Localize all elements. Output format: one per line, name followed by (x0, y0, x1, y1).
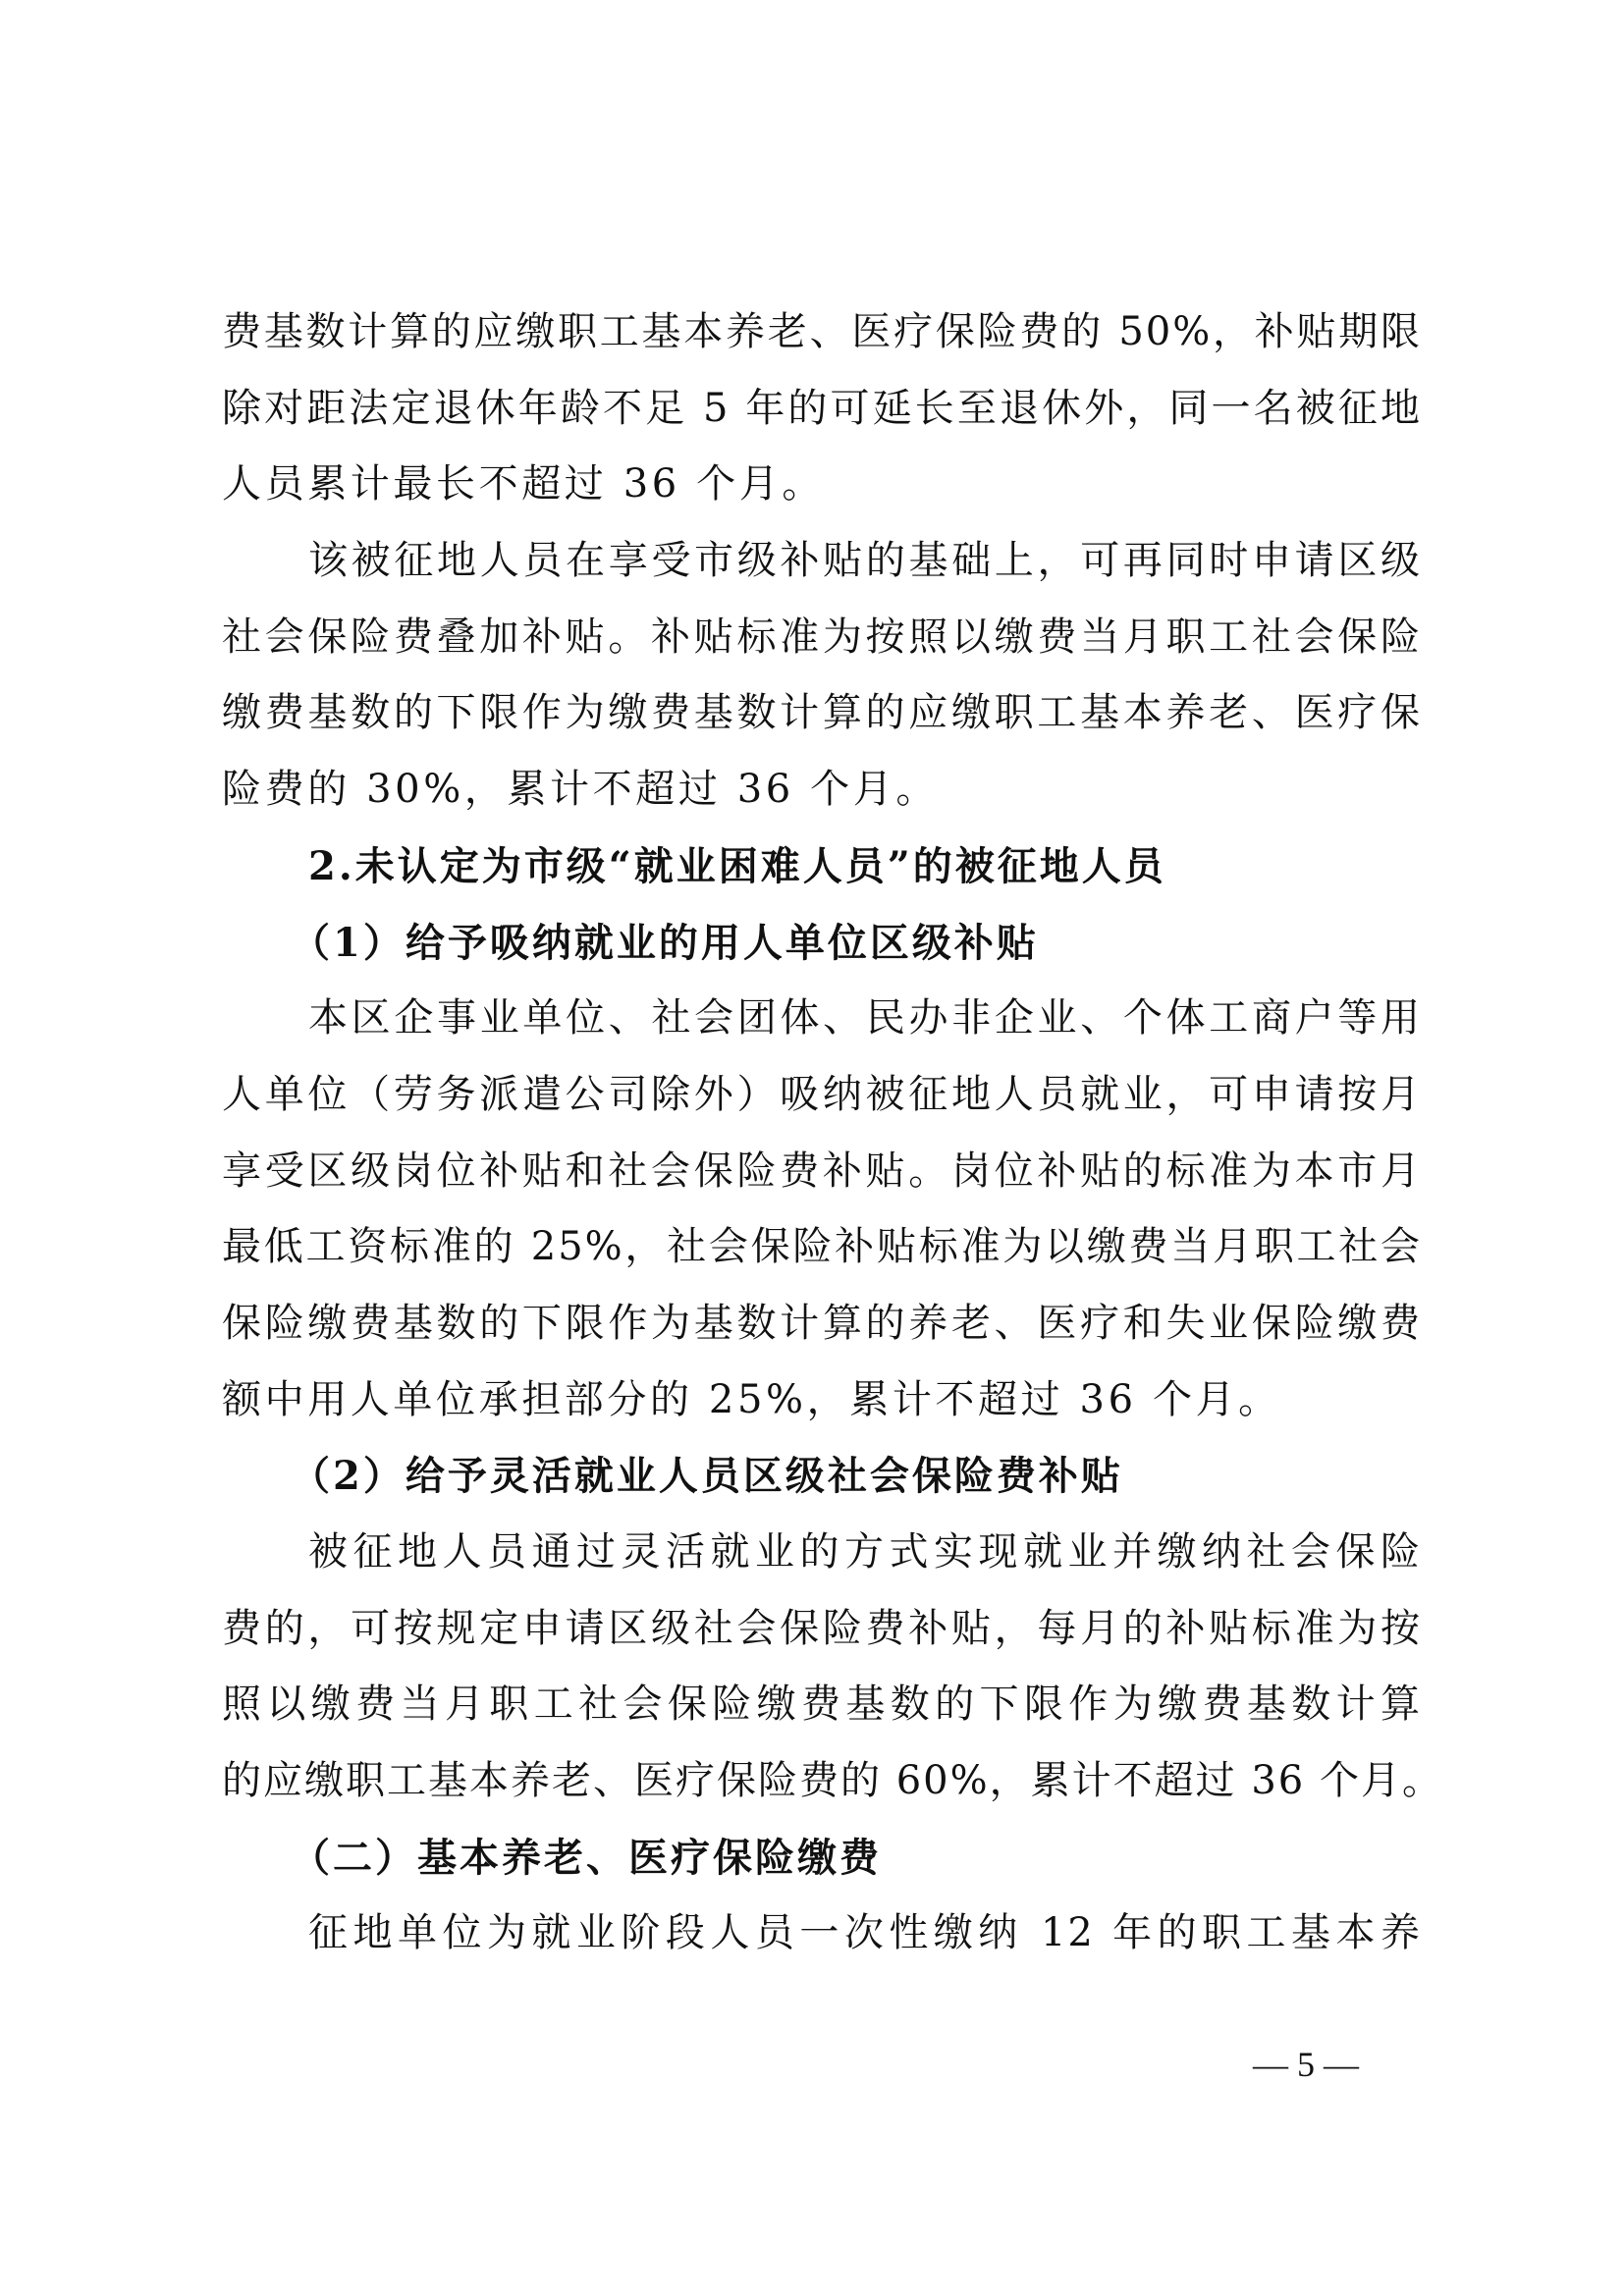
text-line: 除对距法定退休年龄不足 5 年的可延长至退休外，同一名被征地 (222, 371, 1422, 448)
text-line: 本区企事业单位、社会团体、民办非企业、个体工商户等用 (222, 981, 1422, 1057)
text-line: 缴费基数的下限作为缴费基数计算的应缴职工基本养老、医疗保 (222, 675, 1422, 752)
text-line: 费基数计算的应缴职工基本养老、医疗保险费的 50%，补贴期限 (222, 294, 1422, 371)
text-line: 征地单位为就业阶段人员一次性缴纳 12 年的职工基本养 (222, 1896, 1422, 1972)
section-heading: 2.未认定为市级“就业困难人员”的被征地人员 (222, 828, 1422, 905)
text-line: 人员累计最长不超过 36 个月。 (222, 447, 1422, 523)
text-line: 被征地人员通过灵活就业的方式实现就业并缴纳社会保险 (222, 1515, 1422, 1591)
text-line: 的应缴职工基本养老、医疗保险费的 60%，累计不超过 36 个月。 (222, 1743, 1422, 1820)
subsection-heading: （1）给予吸纳就业的用人单位区级补贴 (222, 905, 1422, 982)
text-line: 社会保险费叠加补贴。补贴标准为按照以缴费当月职工社会保险 (222, 600, 1422, 676)
text-line: 照以缴费当月职工社会保险缴费基数的下限作为缴费基数计算 (222, 1667, 1422, 1743)
text-line: 保险缴费基数的下限作为基数计算的养老、医疗和失业保险缴费 (222, 1286, 1422, 1362)
text-line: 最低工资标准的 25%，社会保险补贴标准为以缴费当月职工社会 (222, 1209, 1422, 1286)
section-heading: （二）基本养老、医疗保险缴费 (222, 1820, 1422, 1896)
document-page: 费基数计算的应缴职工基本养老、医疗保险费的 50%，补贴期限 除对距法定退休年龄… (0, 0, 1624, 2296)
text-line: 额中用人单位承担部分的 25%，累计不超过 36 个月。 (222, 1362, 1422, 1439)
subsection-heading: （2）给予灵活就业人员区级社会保险费补贴 (222, 1438, 1422, 1515)
text-line: 人单位（劳务派遣公司除外）吸纳被征地人员就业，可申请按月 (222, 1057, 1422, 1134)
text-line: 费的，可按规定申请区级社会保险费补贴，每月的补贴标准为按 (222, 1591, 1422, 1668)
text-line: 享受区级岗位补贴和社会保险费补贴。岗位补贴的标准为本市月 (222, 1134, 1422, 1210)
document-body: 费基数计算的应缴职工基本养老、医疗保险费的 50%，补贴期限 除对距法定退休年龄… (222, 294, 1422, 1972)
text-line: 险费的 30%，累计不超过 36 个月。 (222, 752, 1422, 828)
page-number: — 5 — (1245, 2042, 1367, 2087)
text-line: 该被征地人员在享受市级补贴的基础上，可再同时申请区级 (222, 523, 1422, 600)
